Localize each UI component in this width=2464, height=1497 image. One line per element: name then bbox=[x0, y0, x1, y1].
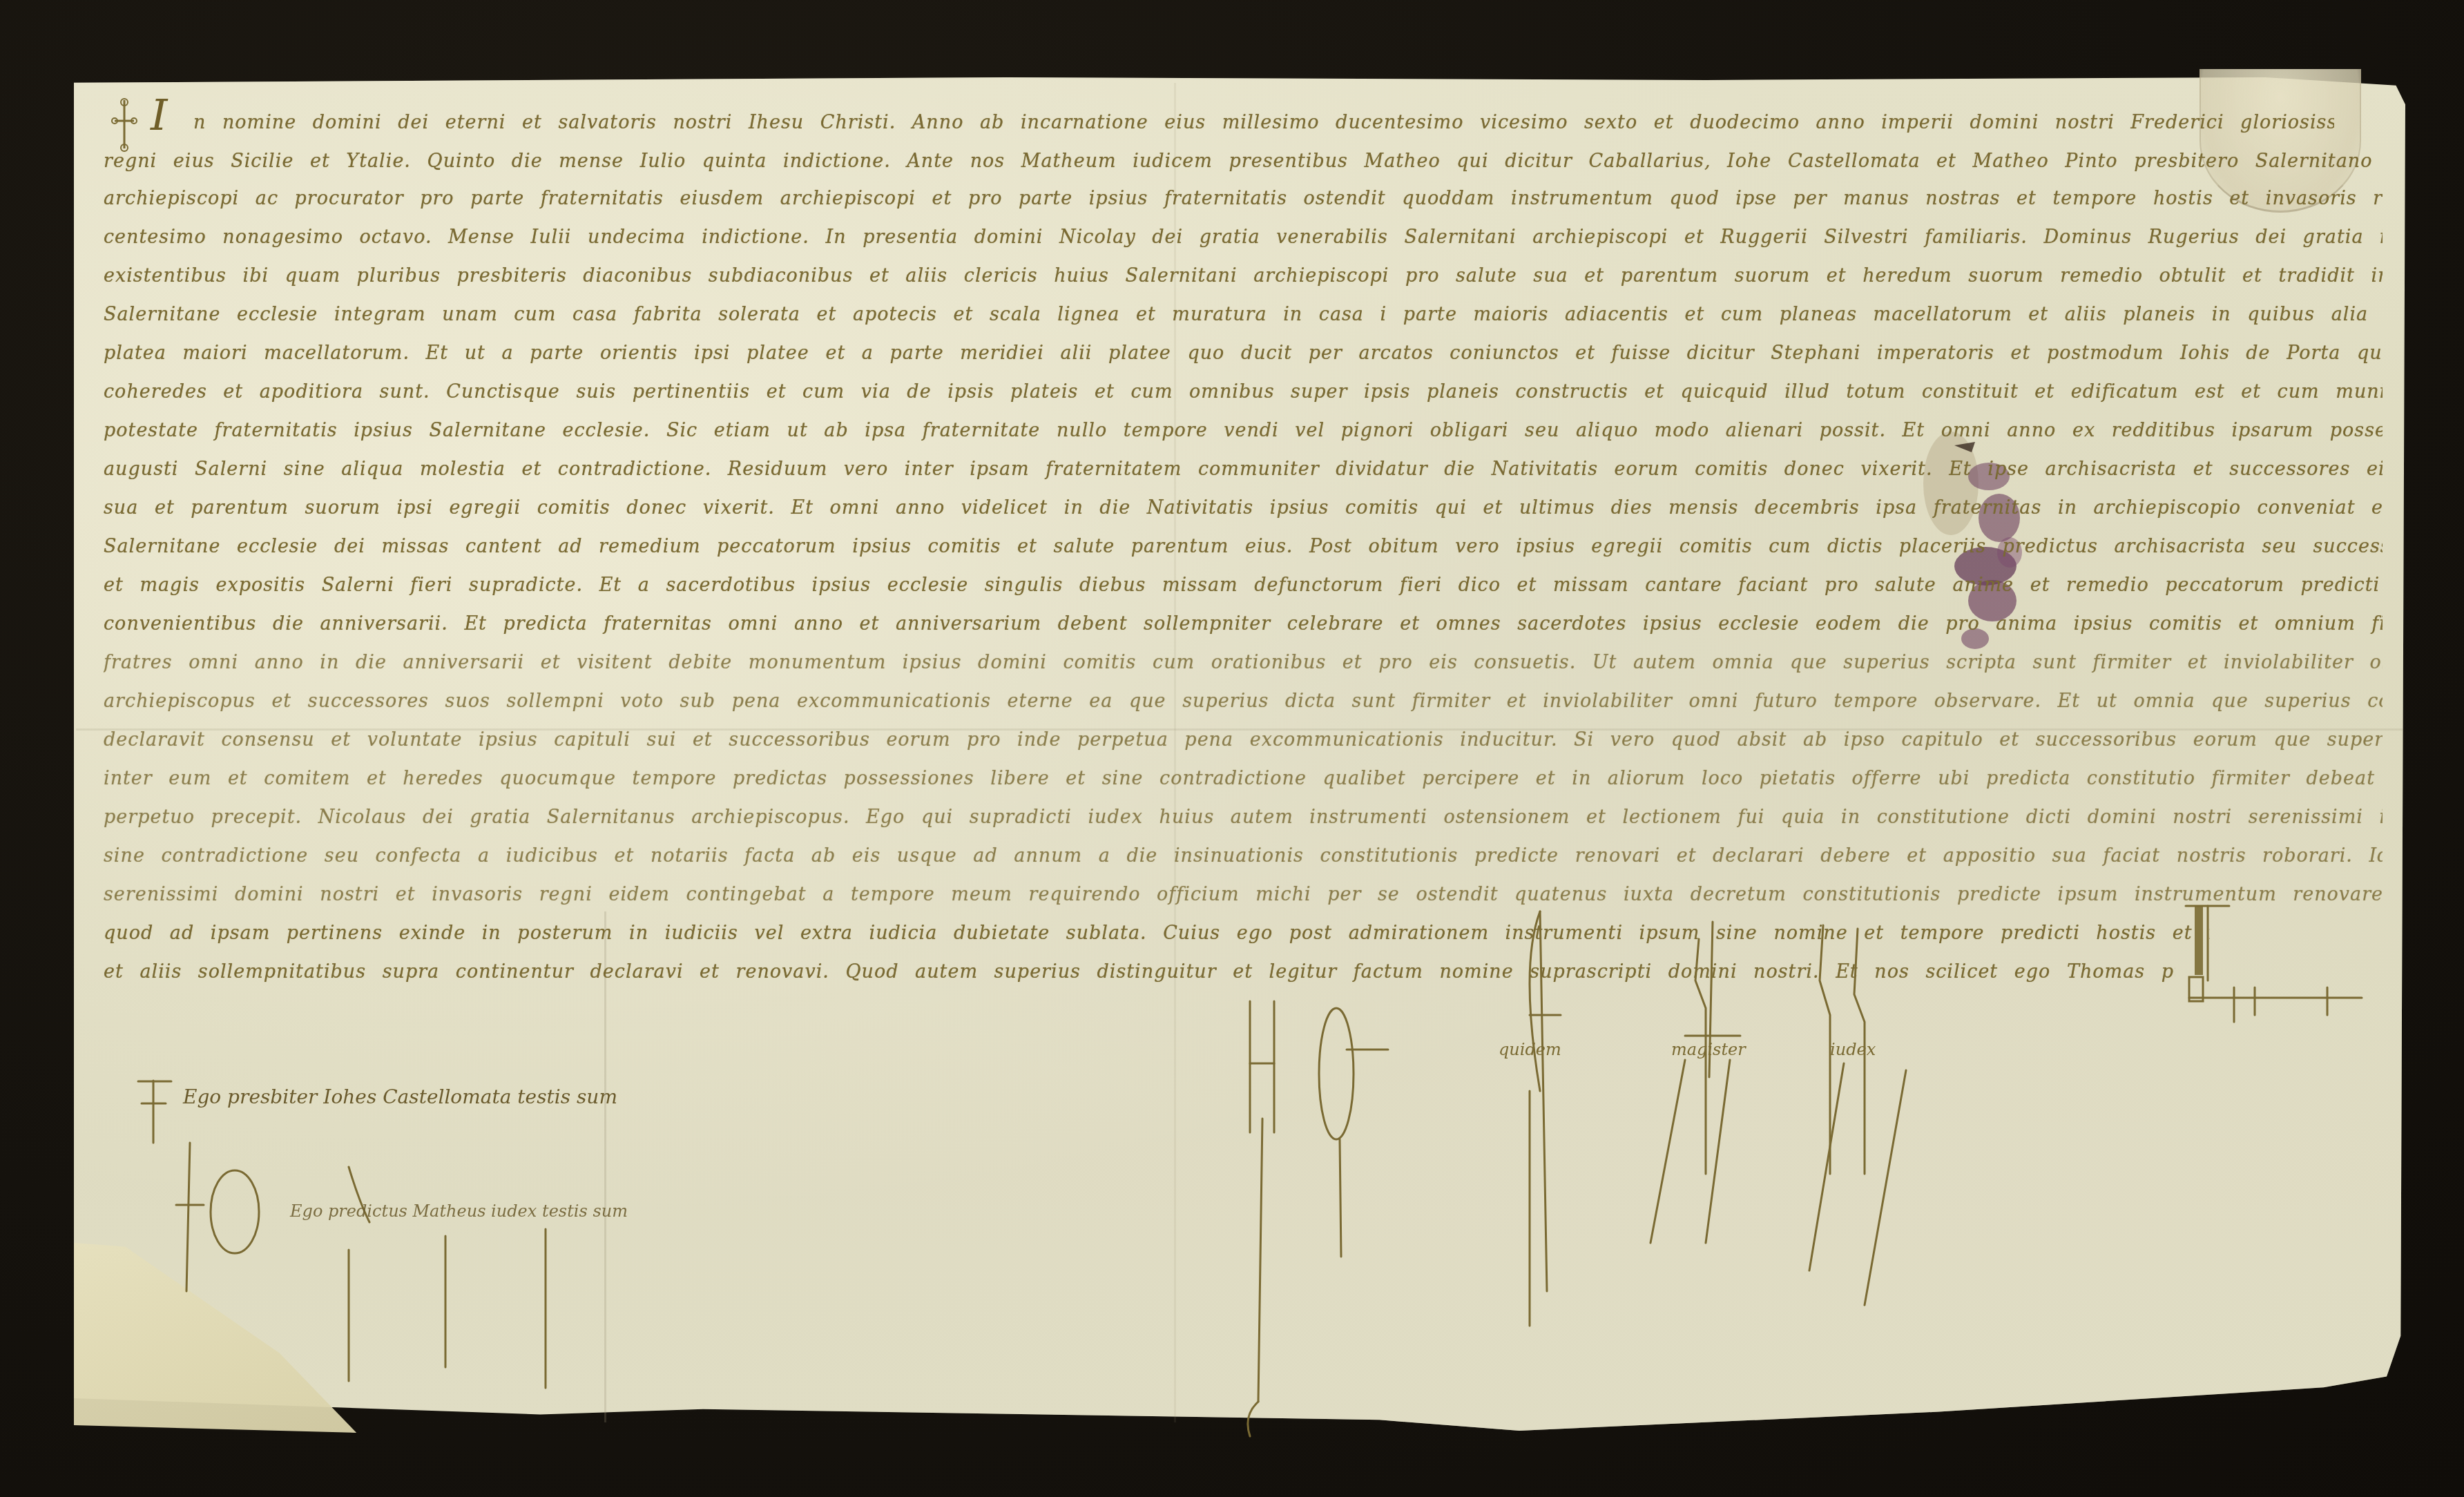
text-line: inter eum et comitem et heredes quocumqu… bbox=[104, 768, 2383, 789]
text-line: archiepiscopi ac procurator pro parte fr… bbox=[104, 188, 2383, 209]
text-line: regni eius Sicilie et Ytalie. Quinto die… bbox=[104, 151, 2383, 172]
invocation-cross-icon bbox=[110, 97, 138, 152]
text-line: convenientibus die anniversarii. Et pred… bbox=[104, 613, 2383, 635]
text-line: platea maiori macellatorum. Et ut a part… bbox=[104, 342, 2383, 364]
text-line: augusti Salerni sine aliqua molestia et … bbox=[104, 458, 2383, 480]
text-line: existentibus ibi quam pluribus presbiter… bbox=[104, 265, 2383, 287]
subscription-text: Ego predictus Matheus iudex testis sum bbox=[290, 1201, 628, 1221]
text-line: et magis expositis Salerni fieri supradi… bbox=[104, 574, 2383, 596]
text-line: n nomine domini dei eterni et salvatoris… bbox=[193, 112, 2334, 133]
text-line: declaravit consensu et voluntate ipsius … bbox=[104, 729, 2383, 751]
text-line: Salernitane ecclesie integram unam cum c… bbox=[104, 304, 2383, 325]
witness-subscription-2: Ego predictus Matheus iudex testis sum bbox=[290, 1201, 628, 1221]
text-line: Salernitane ecclesie dei missas cantent … bbox=[104, 536, 2383, 557]
decorated-initial: I bbox=[151, 94, 168, 137]
text-line: perpetuo precepit. Nicolaus dei gratia S… bbox=[104, 807, 2383, 828]
text-line: serenissimi domini nostri et invasoris r… bbox=[104, 884, 2383, 905]
text-line: et aliis sollempnitatibus supra continen… bbox=[104, 961, 2175, 983]
text-line: quod ad ipsam pertinens exinde in poster… bbox=[104, 923, 2210, 944]
text-line: potestate fraternitatis ipsius Salernita… bbox=[104, 420, 2383, 441]
text-line: sine contradictione seu confecta a iudic… bbox=[104, 845, 2383, 867]
text-line: fratres omni anno in die anniversarii et… bbox=[104, 652, 2383, 673]
witness-subscription-1: Ego presbiter Iohes Castellomata testis … bbox=[183, 1085, 617, 1108]
text-line: archiepiscopus et successores suos solle… bbox=[104, 690, 2383, 712]
text-line: sua et parentum suorum ipsi egregii comi… bbox=[104, 497, 2383, 519]
text-line: centesimo nonagesimo octavo. Mense Iulii… bbox=[104, 226, 2383, 248]
subscription-text: Ego presbiter Iohes Castellomata testis … bbox=[183, 1085, 617, 1108]
text-line: coheredes et apoditiora sunt. Cunctisque… bbox=[104, 381, 2383, 403]
fold-crease-vertical bbox=[604, 911, 606, 1422]
